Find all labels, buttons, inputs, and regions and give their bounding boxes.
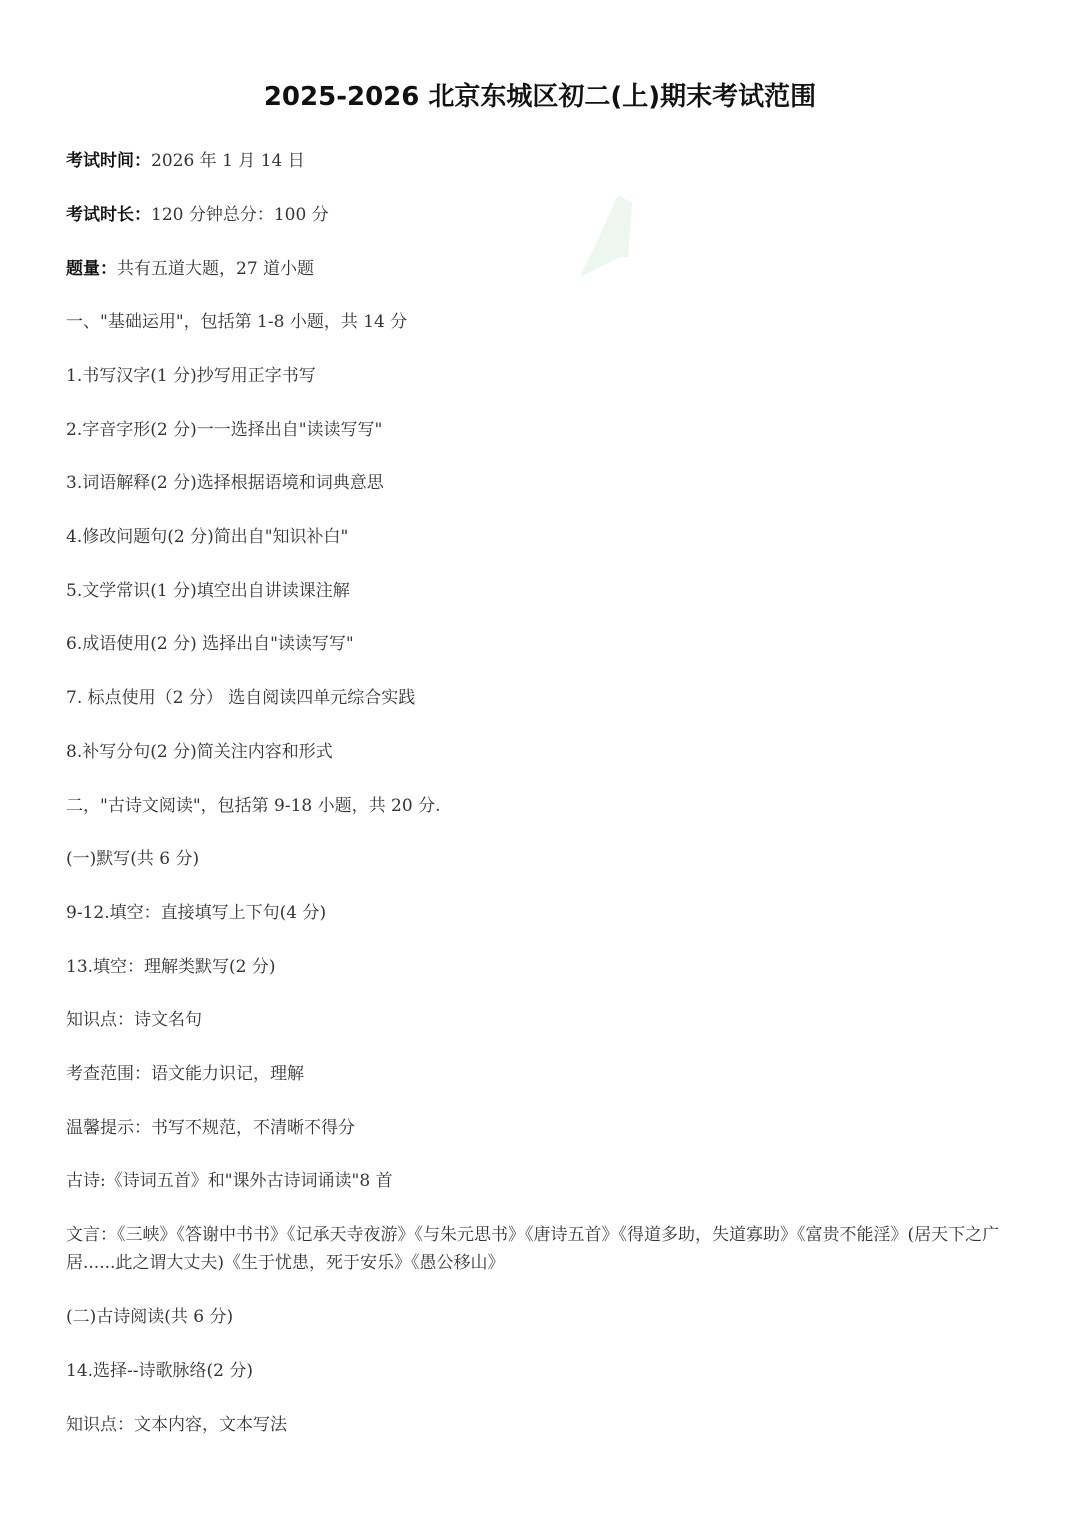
subsection-heading: (二)古诗阅读(共 6 分) (66, 1306, 233, 1328)
section-heading-1: 一、"基础运用"，包括第 1-8 小题，共 14 分 (66, 311, 407, 333)
exam-date-label: 考试时间： (66, 151, 151, 171)
exam-date: 考试时间：2026 年 1 月 14 日 (66, 150, 305, 172)
document-title: 2025-2026 北京东城区初二(上)期末考试范围 (0, 76, 1080, 113)
list-item: 2.字音字形(2 分)一一选择出自"读读写写" (66, 419, 382, 441)
section-heading-2: 二，"古诗文阅读"，包括第 9-18 小题，共 20 分. (66, 795, 440, 817)
wenyan-list: 文言：《三峡》《答谢中书书》《记承天寺夜游》《与朱元思书》《唐诗五首》《得道多助… (66, 1221, 1021, 1277)
exam-duration: 考试时长：120 分钟总分：100 分 (66, 204, 329, 226)
exam-date-value: 2026 年 1 月 14 日 (151, 151, 305, 171)
question-count-label: 题量： (66, 259, 117, 279)
subsection-heading: (一)默写(共 6 分) (66, 848, 199, 870)
list-item: 古诗:《诗词五首》和"课外古诗词诵读"8 首 (66, 1170, 393, 1192)
list-item: 考查范围：语文能力识记，理解 (66, 1063, 304, 1085)
list-item: 9-12.填空：直接填写上下句(4 分) (66, 902, 326, 924)
list-item: 13.填空：理解类默写(2 分) (66, 956, 276, 978)
list-item: 知识点：文本内容，文本写法 (66, 1414, 287, 1436)
list-item: 8.补写分句(2 分)简关注内容和形式 (66, 741, 333, 763)
list-item: 6.成语使用(2 分) 选择出自"读读写写" (66, 633, 354, 655)
list-item: 7. 标点使用（2 分） 选自阅读四单元综合实践 (66, 687, 415, 709)
exam-duration-value: 120 分钟总分：100 分 (151, 205, 329, 225)
list-item: 3.词语解释(2 分)选择根据语境和词典意思 (66, 472, 384, 494)
list-item: 4.修改问题句(2 分)简出自"知识补白" (66, 526, 348, 548)
list-item: 1.书写汉字(1 分)抄写用正字书写 (66, 365, 316, 387)
list-item: 温馨提示：书写不规范，不清晰不得分 (66, 1117, 355, 1139)
question-count-value: 共有五道大题，27 道小题 (117, 259, 314, 279)
list-item: 14.选择--诗歌脉络(2 分) (66, 1360, 253, 1382)
exam-duration-label: 考试时长： (66, 205, 151, 225)
list-item: 知识点：诗文名句 (66, 1009, 202, 1031)
list-item: 5.文学常识(1 分)填空出自讲读课注解 (66, 580, 350, 602)
question-count: 题量：共有五道大题，27 道小题 (66, 258, 314, 280)
light-reflection-artifact (580, 195, 632, 277)
